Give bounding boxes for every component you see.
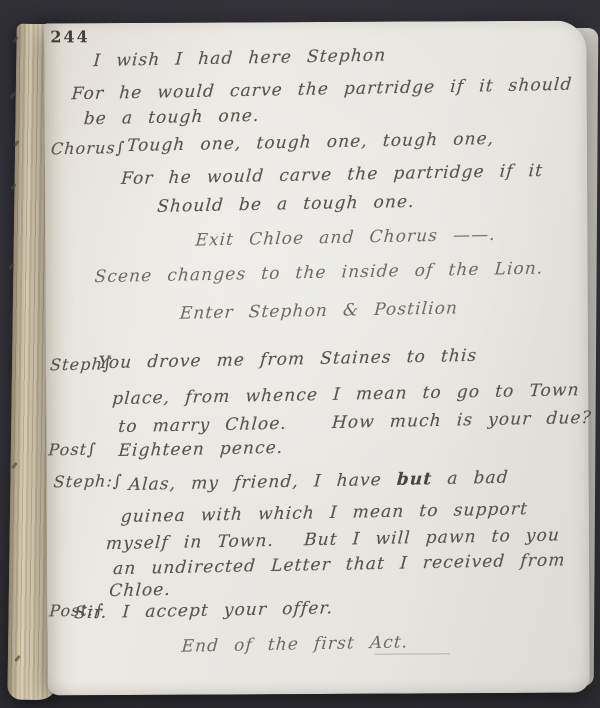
verse-line: be a tough one. <box>83 108 260 128</box>
overwritten-word: but <box>396 469 433 490</box>
verse-line: I wish I had here Stephon <box>93 48 387 71</box>
dialogue-line: an undirected Letter that I received fro… <box>113 552 567 578</box>
page-number: 244 <box>50 27 90 46</box>
stage-direction-scene: Scene changes to the inside of the Lion. <box>94 261 544 287</box>
end-of-act-dash: ————— <box>373 643 448 663</box>
manuscript-photo: ʃ b ʃ , 244 I wish I had here Stephon Fo… <box>0 0 600 708</box>
dialogue-line: myself in Town. But I will pawn to you <box>105 527 560 553</box>
dialogue-line: Eighteen pence. <box>118 440 284 460</box>
speaker-label-chorus: Chorus∫ <box>50 140 125 157</box>
stage-direction-enter: Enter Stephon & Postilion <box>179 300 458 322</box>
dialogue-line: Chloe. <box>109 582 172 600</box>
speaker-label-stephon: Steph:∫ <box>53 473 123 490</box>
manuscript-page: 244 I wish I had here Stephon For he wou… <box>44 21 590 696</box>
dialogue-line: Sir. I accept your offer. <box>74 600 334 622</box>
dialogue-line: place, from whence I mean to go to Town <box>112 382 580 408</box>
verse-line: For he would carve the partridge if it s… <box>71 77 573 104</box>
dialogue-line: You drove me from Staines to this <box>97 348 477 372</box>
chorus-line: Should be a tough one. <box>157 194 416 216</box>
stage-direction-exit: Exit Chloe and Chorus ——. <box>195 227 497 250</box>
dialogue-text: a bad <box>432 468 510 489</box>
dialogue-line: Alas, my friend, I have but a bad <box>128 470 509 494</box>
chorus-line: For he would carve the partridge if it <box>120 163 543 188</box>
dialogue-line: to marry Chloe. How much is your due? <box>118 410 593 436</box>
dialogue-line: guinea with which I mean to support <box>120 501 528 526</box>
dialogue-text: Alas, my friend, I have <box>128 470 398 495</box>
speaker-label-postilion: Post∫ <box>48 441 97 458</box>
chorus-line: Tough one, tough one, tough one, <box>126 131 494 155</box>
